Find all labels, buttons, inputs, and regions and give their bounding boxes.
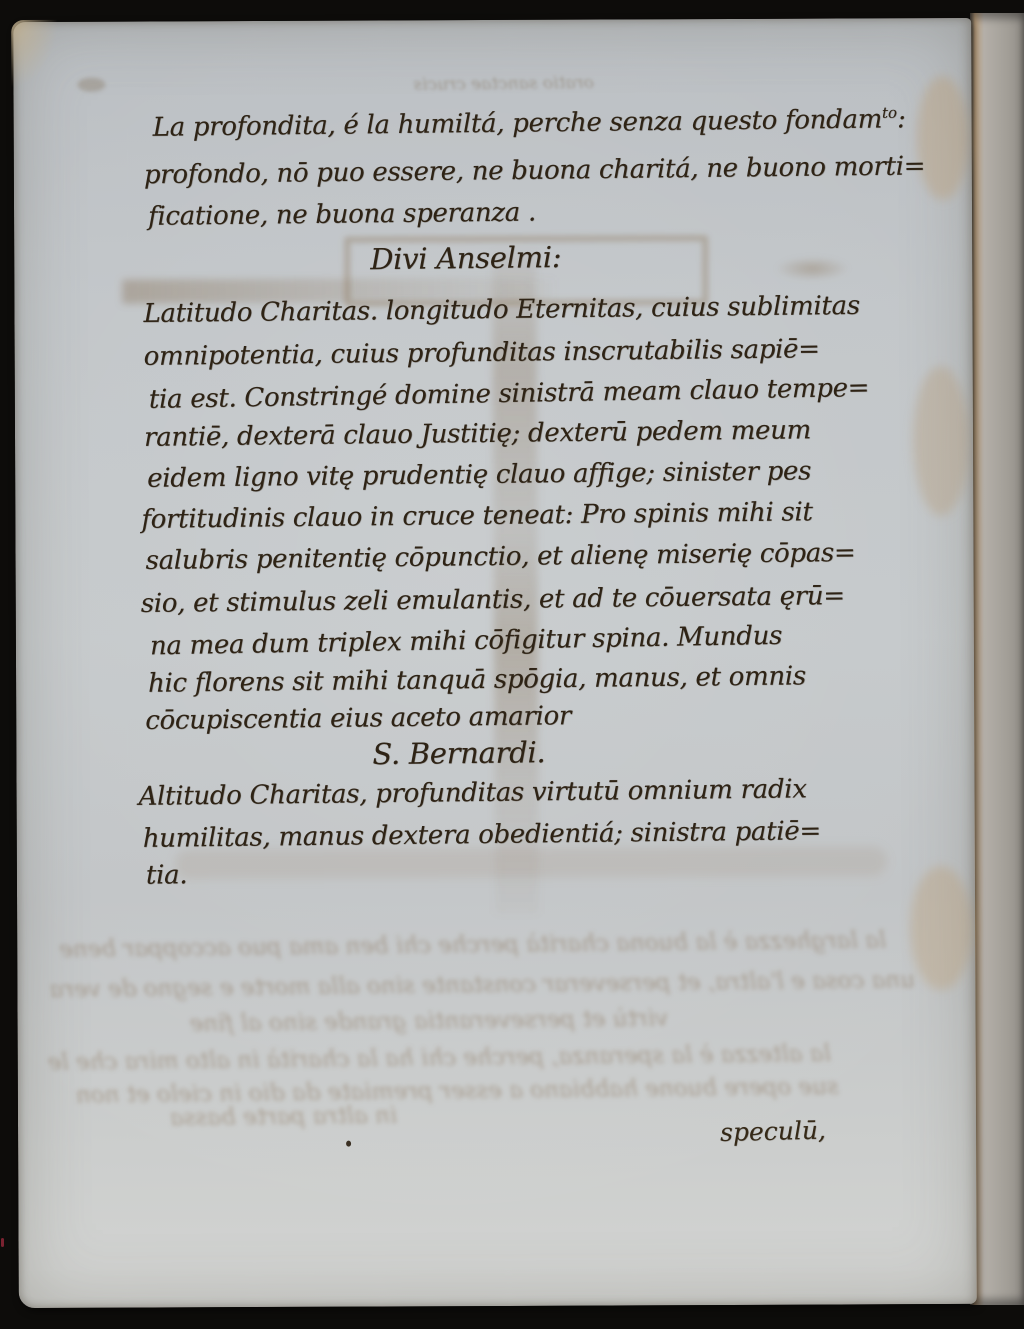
superscript-abbreviation: to bbox=[882, 104, 897, 122]
line-text: La profondita, é la humiltá, perche senz… bbox=[153, 104, 883, 142]
stain bbox=[910, 866, 973, 990]
manuscript-line: Altitudo Charitas, profunditas virtutū o… bbox=[138, 776, 806, 810]
manuscript-line: na mea dum triplex mihi cōfigitur spina.… bbox=[150, 623, 783, 659]
bleedthrough-line: in altra parte bassa bbox=[170, 1105, 397, 1131]
bleedthrough-line: la altezza è la speranza, perche chi ha … bbox=[48, 1043, 831, 1075]
bleedthrough-line: la larghezza è la buona charità perche c… bbox=[59, 929, 886, 961]
manuscript-line: sio, et stimulus zeli emulantis, et ad t… bbox=[141, 583, 845, 617]
manuscript-line: ficatione, ne buona speranza . bbox=[148, 199, 536, 229]
manuscript-page: oratio sanctae crucis la larghezza è la … bbox=[13, 18, 977, 1308]
stain bbox=[913, 366, 970, 516]
section-heading-anselm: Divi Anselmi: bbox=[370, 243, 561, 274]
manuscript-line: humilitas, manus dextera obedientiá; sin… bbox=[143, 818, 821, 852]
manuscript-line: profondo, nō puo essere, ne buona charit… bbox=[144, 153, 926, 188]
manuscript-line: rantiē, dexterā clauo Justitię; dexterū … bbox=[144, 417, 811, 451]
book-page-edges bbox=[970, 13, 1024, 1305]
manuscript-line: cōcupiscentia eius aceto amarior bbox=[145, 703, 571, 734]
photo-backdrop: { "palette": { "ink": "#2e2315", "paper"… bbox=[0, 0, 1024, 1329]
line-text: : bbox=[897, 104, 906, 134]
manuscript-line: tia est. Constringé domine sinistrā meam… bbox=[149, 375, 870, 413]
ink-dot bbox=[346, 1141, 351, 1147]
manuscript-line: hic florens sit mihi tanquā spōgia, manu… bbox=[148, 663, 806, 696]
bleedthrough-line: virtù et perseverantia grande sino al fi… bbox=[189, 1008, 668, 1036]
manuscript-line: La profondita, é la humiltá, perche senz… bbox=[153, 106, 906, 141]
bleedthrough-line: oratio sanctae crucis bbox=[413, 75, 594, 94]
manuscript-line: eidem ligno vitę prudentię clauo affige;… bbox=[147, 458, 811, 492]
stain bbox=[916, 76, 969, 200]
bleedthrough-line: una cosa e l'altra, et perseverar consta… bbox=[49, 969, 915, 1002]
worn-corner bbox=[11, 20, 90, 140]
catchword: speculū, bbox=[720, 1116, 826, 1147]
manuscript-line: tia. bbox=[146, 862, 188, 888]
stain bbox=[77, 78, 105, 92]
manuscript-line: omnipotentia, cuius profunditas inscruta… bbox=[144, 336, 820, 370]
manuscript-line: fortitudinis clauo in cruce teneat: Pro … bbox=[141, 499, 813, 533]
section-heading-bernard: S. Bernardi. bbox=[372, 738, 545, 769]
manuscript-line: salubris penitentię cōpunctio, et alienę… bbox=[145, 540, 855, 574]
bleedthrough-line: sue opere buone habbiano a esser premiat… bbox=[76, 1076, 839, 1108]
manuscript-line: Latitudo Charitas. longitudo Eternitas, … bbox=[143, 293, 860, 327]
red-fiber-speck bbox=[1, 1238, 4, 1247]
bleedthrough-blob bbox=[762, 252, 862, 284]
